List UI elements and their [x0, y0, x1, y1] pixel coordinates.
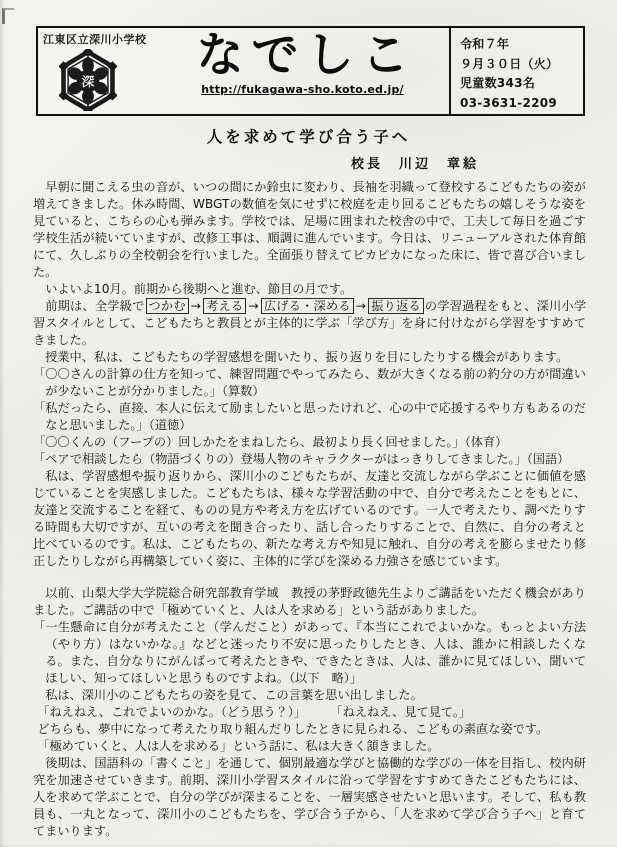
paragraph-lecture-intro: 以前、山梨大学大学院総合研究部教育学域 教授の茅野政徳先生よりご講話をいただく機… — [33, 585, 586, 619]
paragraph-children-quotes: 「ねえねえ、これでよいのかな。（どう思う？）」 「ねえねえ、見て見て。」 — [33, 704, 586, 721]
process-step-box: 振り返る — [368, 298, 424, 314]
paragraph-both-scenes: どちらも、夢中になって考えたり取り組んだりしたときに見られる、こどもの素直な姿で… — [33, 721, 586, 738]
lecture-quote: 「一生懸命に自分が考えたこと（学んだこと）があって、『本当にこれでよいかな。もっ… — [33, 619, 586, 687]
emblem-character: 深 — [82, 74, 95, 89]
masthead: 江東区立深川小学校 — [36, 26, 585, 116]
article-byline: 校長 川辺 章絵 — [351, 153, 479, 172]
school-url: http://fukagawa-sho.koto.ed.jp/ — [201, 83, 404, 96]
paragraph-recall: 私は、深川小のこどもたちの姿を見て、この言葉を思い出しました。 — [33, 687, 586, 704]
student-quote-pe: 「〇〇くんの（フープの）回しかたをまねしたら、最初より長く回せました。」（体育） — [33, 434, 586, 451]
paragraph-reflection: 私は、学習感想や振り返りから、深川小のこどもたちが、友達と交流しながら学ぶことに… — [33, 468, 586, 570]
process-step-box: つかむ — [146, 298, 189, 314]
school-emblem-icon: 深 — [59, 49, 117, 111]
paragraph-nod: 「極めていくと、人は人を求める」という話に、私は大きく頷きました。 — [33, 738, 586, 755]
process-step-box: 広げる・深める — [261, 298, 354, 314]
phone-number: 03-3631-2209 — [460, 94, 581, 114]
process-arrow: → — [248, 299, 258, 313]
masthead-left: 江東区立深川小学校 — [38, 28, 156, 114]
school-name: 江東区立深川小学校 — [43, 31, 147, 47]
scan-artifact — [2, 8, 14, 24]
issue-era-year: 令和７年 — [460, 35, 581, 55]
process-arrow: → — [356, 299, 366, 313]
issue-info-box: 令和７年 ９月３０日（火） 児童数343名 03-3631-2209 — [449, 28, 583, 114]
student-quote-math: 「〇〇さんの計算の仕方を知って、練習問題でやってみたら、数が大きくなる前の約分の… — [33, 366, 586, 400]
student-quote-morals: 「私だったら、直接、本人に伝えて励ましたいと思ったけれど、心の中で応援するやり方… — [33, 400, 586, 434]
process-arrow: → — [191, 299, 201, 313]
process-step-box: 考える — [203, 298, 246, 314]
article-body: 早朝に聞こえる虫の音が、いつの間にか鈴虫に変わり、長袖を羽織って登校するこどもた… — [33, 179, 586, 840]
paragraph-class-observation: 授業中、私は、こどもたちの学習感想を聞いたり、振り返りを目にしたりする機会があり… — [33, 349, 586, 366]
newsletter-title: なでしこ — [189, 31, 417, 80]
newsletter-page: 江東区立深川小学校 — [0, 0, 617, 847]
issue-date: ９月３０日（火） — [460, 55, 581, 75]
paragraph-october: いよいよ10月。前期から後期へと進む、節目の月です。 — [33, 281, 586, 298]
paragraph-opening: 早朝に聞こえる虫の音が、いつの間にか鈴虫に変わり、長袖を羽織って登校するこどもた… — [33, 179, 586, 281]
student-count: 児童数343名 — [460, 74, 581, 94]
paragraph-learning-process: 前期は、全学級でつかむ→考える→広げる・深める→振り返るの学習過程をもと、深川小… — [33, 298, 586, 349]
student-quote-japanese: 「ペアで相談したら（物語づくりの）登場人物のキャラクターがはっきりしてきました。… — [33, 451, 586, 468]
masthead-center: なでしこ http://fukagawa-sho.koto.ed.jp/ — [156, 28, 449, 114]
article-headline: 人を求めて学び合う子へ — [0, 125, 617, 147]
process-pre-text: 前期は、全学級で — [45, 299, 144, 313]
paragraph-closing: 後期は、国語科の「書くこと」を通して、個別最適な学びと協働的な学びの一体を目指し… — [33, 755, 586, 840]
